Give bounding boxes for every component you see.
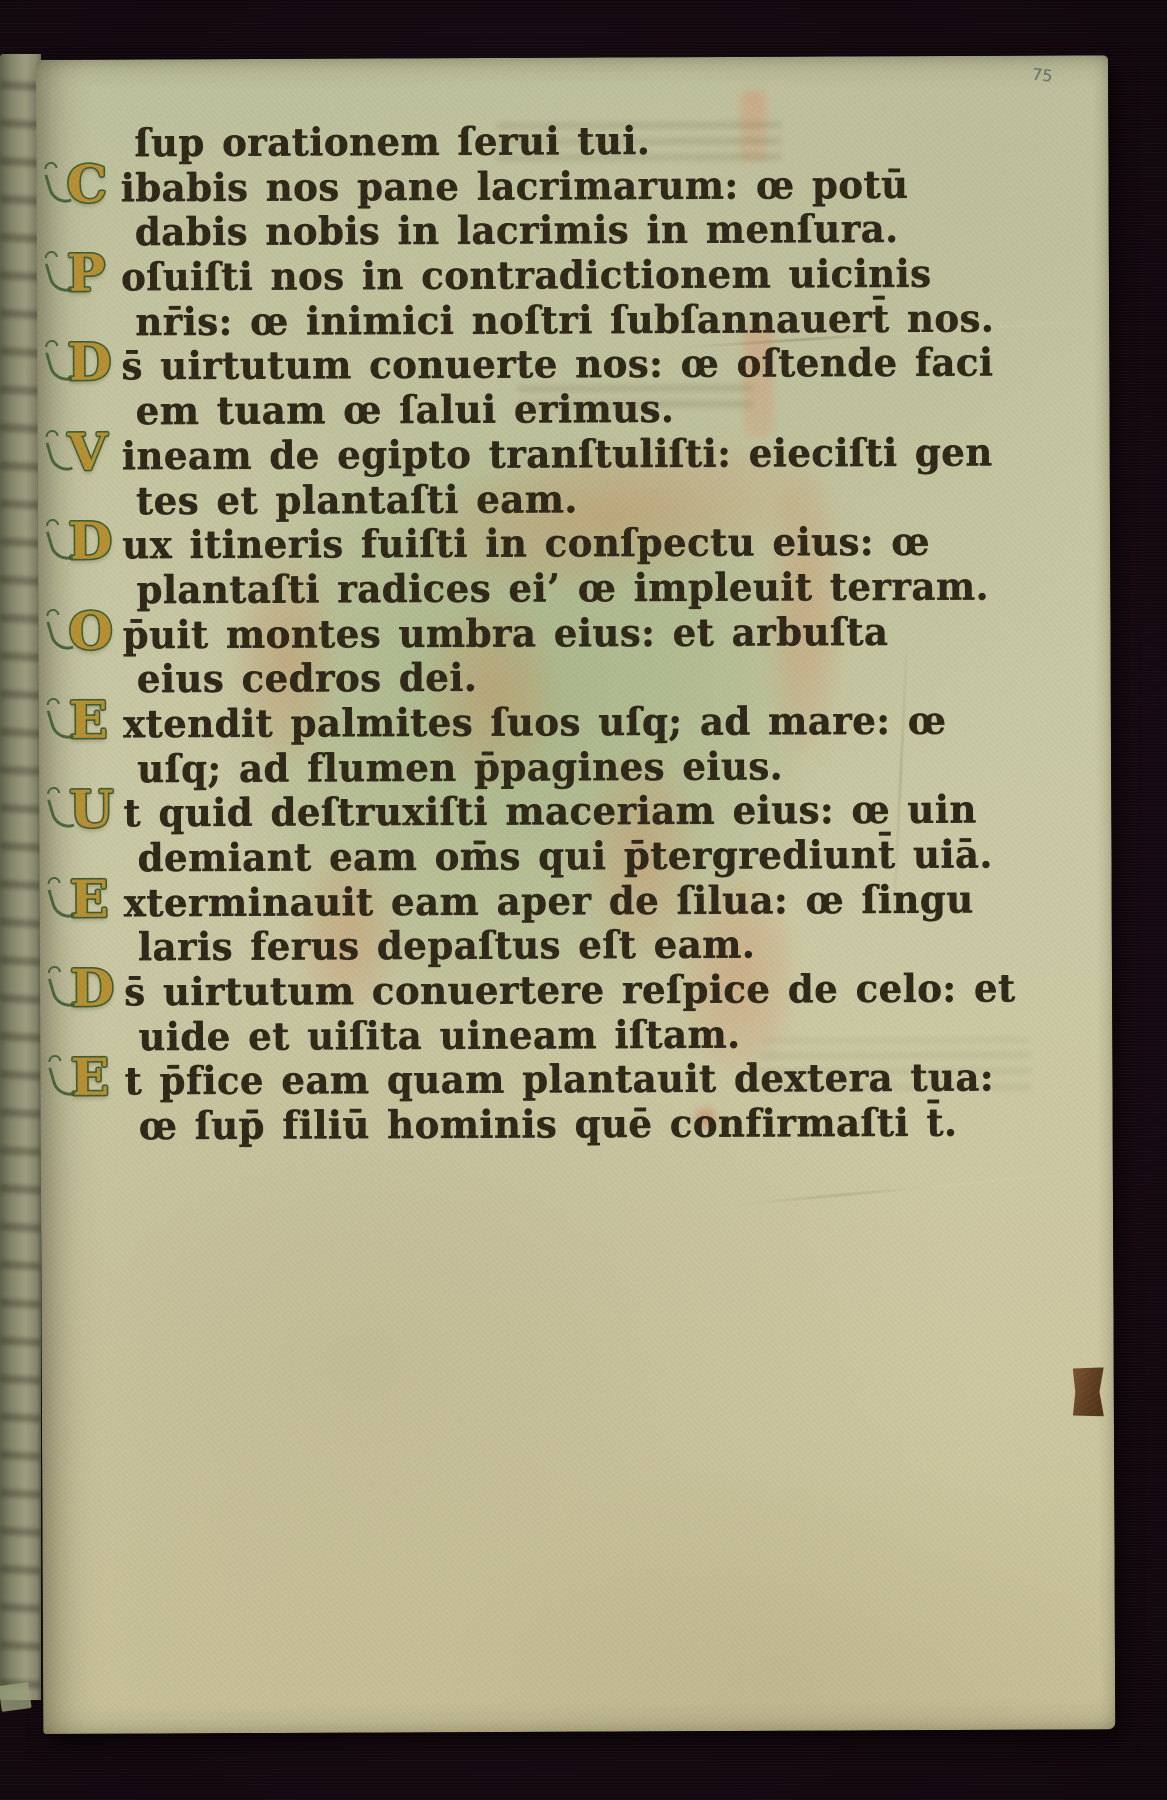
line-text: oſuiſti nos in contradictionem uicinis: [121, 250, 932, 300]
line-text: em tuam œ ſalui erimus.: [135, 386, 674, 435]
manuscript-line: Vineam de egipto tranſtuliſti: eieciſti …: [122, 430, 1057, 479]
manuscript-line: dabis nobis in lacrimis in menſura.: [121, 207, 1056, 256]
line-text: œ ſup̄ filiū hominis quē confirmaſti t̄.: [139, 1099, 958, 1149]
line-text: p̄uit montes umbra eius: et arbuſta: [122, 608, 888, 658]
manuscript-line: plantaſti radices ei’ œ impleuit terram.: [122, 564, 1057, 613]
verse-initial: E: [69, 696, 109, 747]
parchment-crease: [732, 1169, 1111, 1207]
verse-initial: E: [70, 874, 110, 925]
line-text: uide et uiſita uineam iſtam.: [138, 1011, 740, 1060]
verso-show-through: [36, 55, 1108, 60]
manuscript-line: Cibabis nos pane lacrimarum: œ potū: [120, 162, 1055, 211]
verse-initial: V: [68, 428, 108, 479]
line-text: ſup orationem ſerui tui.: [134, 118, 650, 167]
manuscript-line: Ds̄ uirtutum conuerte nos: œ oſtende fac…: [121, 341, 1056, 390]
manuscript-line: Ds̄ uirtutum conuertere reſpice de celo:…: [124, 967, 1059, 1016]
line-text: laris ferus depaſtus eſt eam.: [138, 921, 755, 970]
line-text: uſq; ad flumen p̄pagines eius.: [137, 743, 783, 792]
line-text: xtendit palmites ſuos uſq; ad mare: œ: [123, 697, 947, 747]
line-text: t p̄fice eam quam plantauit dextera tua:: [124, 1054, 994, 1104]
folio-number: 75: [1031, 65, 1053, 86]
line-text: t quid deſtruxiſti maceriam eius: œ uin: [123, 786, 977, 836]
manuscript-line: Ut quid deſtruxiſti maceriam eius: œ uin: [123, 788, 1058, 837]
line-text: xterminauit eam aper de ſilua: œ ſingu: [124, 876, 974, 926]
manuscript-line: uſq; ad flumen p̄pagines eius.: [123, 743, 1058, 792]
line-text: demiant eam om̄s qui p̄tergrediunt̄ uiā.: [137, 831, 992, 881]
line-text: s̄ uirtutum conuertere reſpice de celo: …: [124, 965, 1016, 1015]
manuscript-line: nr̄is: œ inimici noſtri ſubſannauert̄ no…: [121, 296, 1056, 345]
manuscript-line: Extendit palmites ſuos uſq; ad mare: œ: [123, 698, 1058, 747]
manuscript-page: 75 ſup orationem ſerui tui.Cibabis nos p…: [36, 55, 1115, 1734]
manuscript-line: Et p̄fice eam quam plantauit dextera tua…: [124, 1056, 1059, 1105]
manuscript-line: laris ferus depaſtus eſt eam.: [124, 922, 1059, 971]
underlying-leaf-corner: [0, 1682, 32, 1712]
manuscript-line: Poſuiſti nos in contradictionem uicinis: [121, 252, 1056, 301]
line-text: dabis nobis in lacrimis in menſura.: [135, 206, 899, 256]
manuscript-line: Dux itineris fuiſti in conſpectu eius: œ: [122, 520, 1057, 569]
manuscript-line: Op̄uit montes umbra eius: et arbuſta: [122, 609, 1057, 658]
line-text: nr̄is: œ inimici noſtri ſubſannauert̄ no…: [135, 295, 994, 345]
line-text: ux itineris fuiſti in conſpectu eius: œ: [122, 519, 930, 569]
verse-initial: D: [70, 964, 115, 1015]
manuscript-line: tes et plantaſti eam.: [122, 475, 1057, 524]
verse-initial: E: [70, 1053, 110, 1104]
line-text: s̄ uirtutum conuerte nos: œ oſtende faci: [121, 339, 993, 389]
line-text: eius cedros dei.: [137, 655, 478, 703]
manuscript-line: em tuam œ ſalui erimus.: [121, 386, 1056, 435]
verse-initial: D: [67, 338, 112, 389]
manuscript-line: ſup orationem ſerui tui.: [120, 118, 1055, 167]
bookmark-tab: [1073, 1367, 1104, 1416]
verse-initial: O: [68, 606, 113, 657]
line-text: plantaſti radices ei’ œ impleuit terram.: [136, 563, 989, 613]
manuscript-line: uide et uiſita uineam iſtam.: [124, 1011, 1059, 1060]
previous-leaf-edge: [0, 54, 41, 1700]
manuscript-line: œ ſup̄ filiū hominis quē confirmaſti t̄.: [125, 1101, 1060, 1150]
verse-initial: C: [66, 159, 107, 210]
manuscript-line: demiant eam om̄s qui p̄tergrediunt̄ uiā.: [123, 833, 1058, 882]
manuscript-line: Exterminauit eam aper de ſilua: œ ſingu: [124, 877, 1059, 926]
line-text: ineam de egipto tranſtuliſti: eieciſti g…: [122, 429, 993, 479]
verse-initial: U: [69, 785, 114, 836]
verse-initial: D: [68, 517, 113, 568]
text-block: ſup orationem ſerui tui.Cibabis nos pane…: [120, 118, 1059, 1150]
line-text: ibabis nos pane lacrimarum: œ potū: [120, 161, 908, 211]
photographic-backdrop: { "page": { "folio_number": "75", "lines…: [0, 0, 1167, 1800]
line-text: tes et plantaſti eam.: [136, 475, 578, 523]
verse-initial: P: [67, 249, 106, 300]
manuscript-line: eius cedros dei.: [123, 654, 1058, 703]
